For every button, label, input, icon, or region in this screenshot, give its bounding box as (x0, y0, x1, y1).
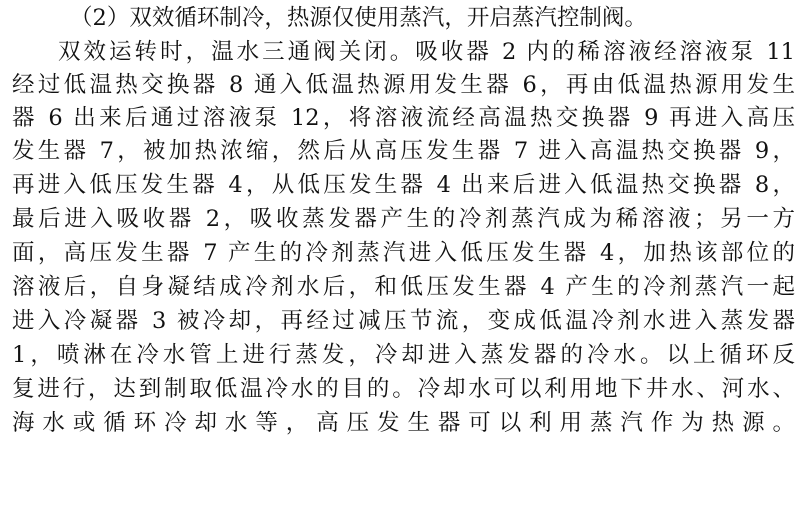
paragraph-line: 再进入低压发生器 4，从低压发生器 4 出来后进入低温热交换器 8， (12, 168, 795, 202)
paragraph-line: 1，喷淋在冷水管上进行蒸发，冷却进入蒸发器的冷水。以上循环反 (12, 338, 795, 372)
paragraph-line: 经过低温热交换器 8 通入低温热源用发生器 6，再由低温热源用发生 (12, 68, 795, 102)
paragraph-line: 双效运转时，温水三通阀关闭。吸收器 2 内的稀溶液经溶液泵 11 (58, 35, 795, 69)
paragraph-line: 面，高压发生器 7 产生的冷剂蒸汽进入低压发生器 4，加热该部位的 (12, 236, 795, 270)
paragraph-line: 进入冷凝器 3 被冷却，再经过减压节流，变成低温冷剂水进入蒸发器 (12, 304, 795, 338)
paragraph-line: 溶液后，自身凝结成冷剂水后，和低压发生器 4 产生的冷剂蒸汽一起 (12, 270, 795, 304)
paragraph-line: 发生器 7，被加热浓缩，然后从高压发生器 7 进入高温热交换器 9， (12, 134, 795, 168)
paragraph-line: 器 6 出来后通过溶液泵 12，将溶液流经高温热交换器 9 再进入高压 (12, 101, 795, 135)
paragraph-line: 复进行，达到制取低温冷水的目的。冷却水可以利用地下井水、河水、 (12, 372, 795, 406)
paragraph-line: 海水或循环冷却水等，高压发生器可以利用蒸汽作为热源。 (12, 406, 795, 440)
document-page: （2）双效循环制冷，热源仅使用蒸汽，开启蒸汽控制阀。 双效运转时，温水三通阀关闭… (0, 0, 809, 509)
section-heading: （2）双效循环制冷，热源仅使用蒸汽，开启蒸汽控制阀。 (70, 1, 795, 35)
paragraph-line-last (12, 440, 795, 474)
paragraph-line: 最后进入吸收器 2，吸收蒸发器产生的冷剂蒸汽成为稀溶液；另一方 (12, 202, 795, 236)
